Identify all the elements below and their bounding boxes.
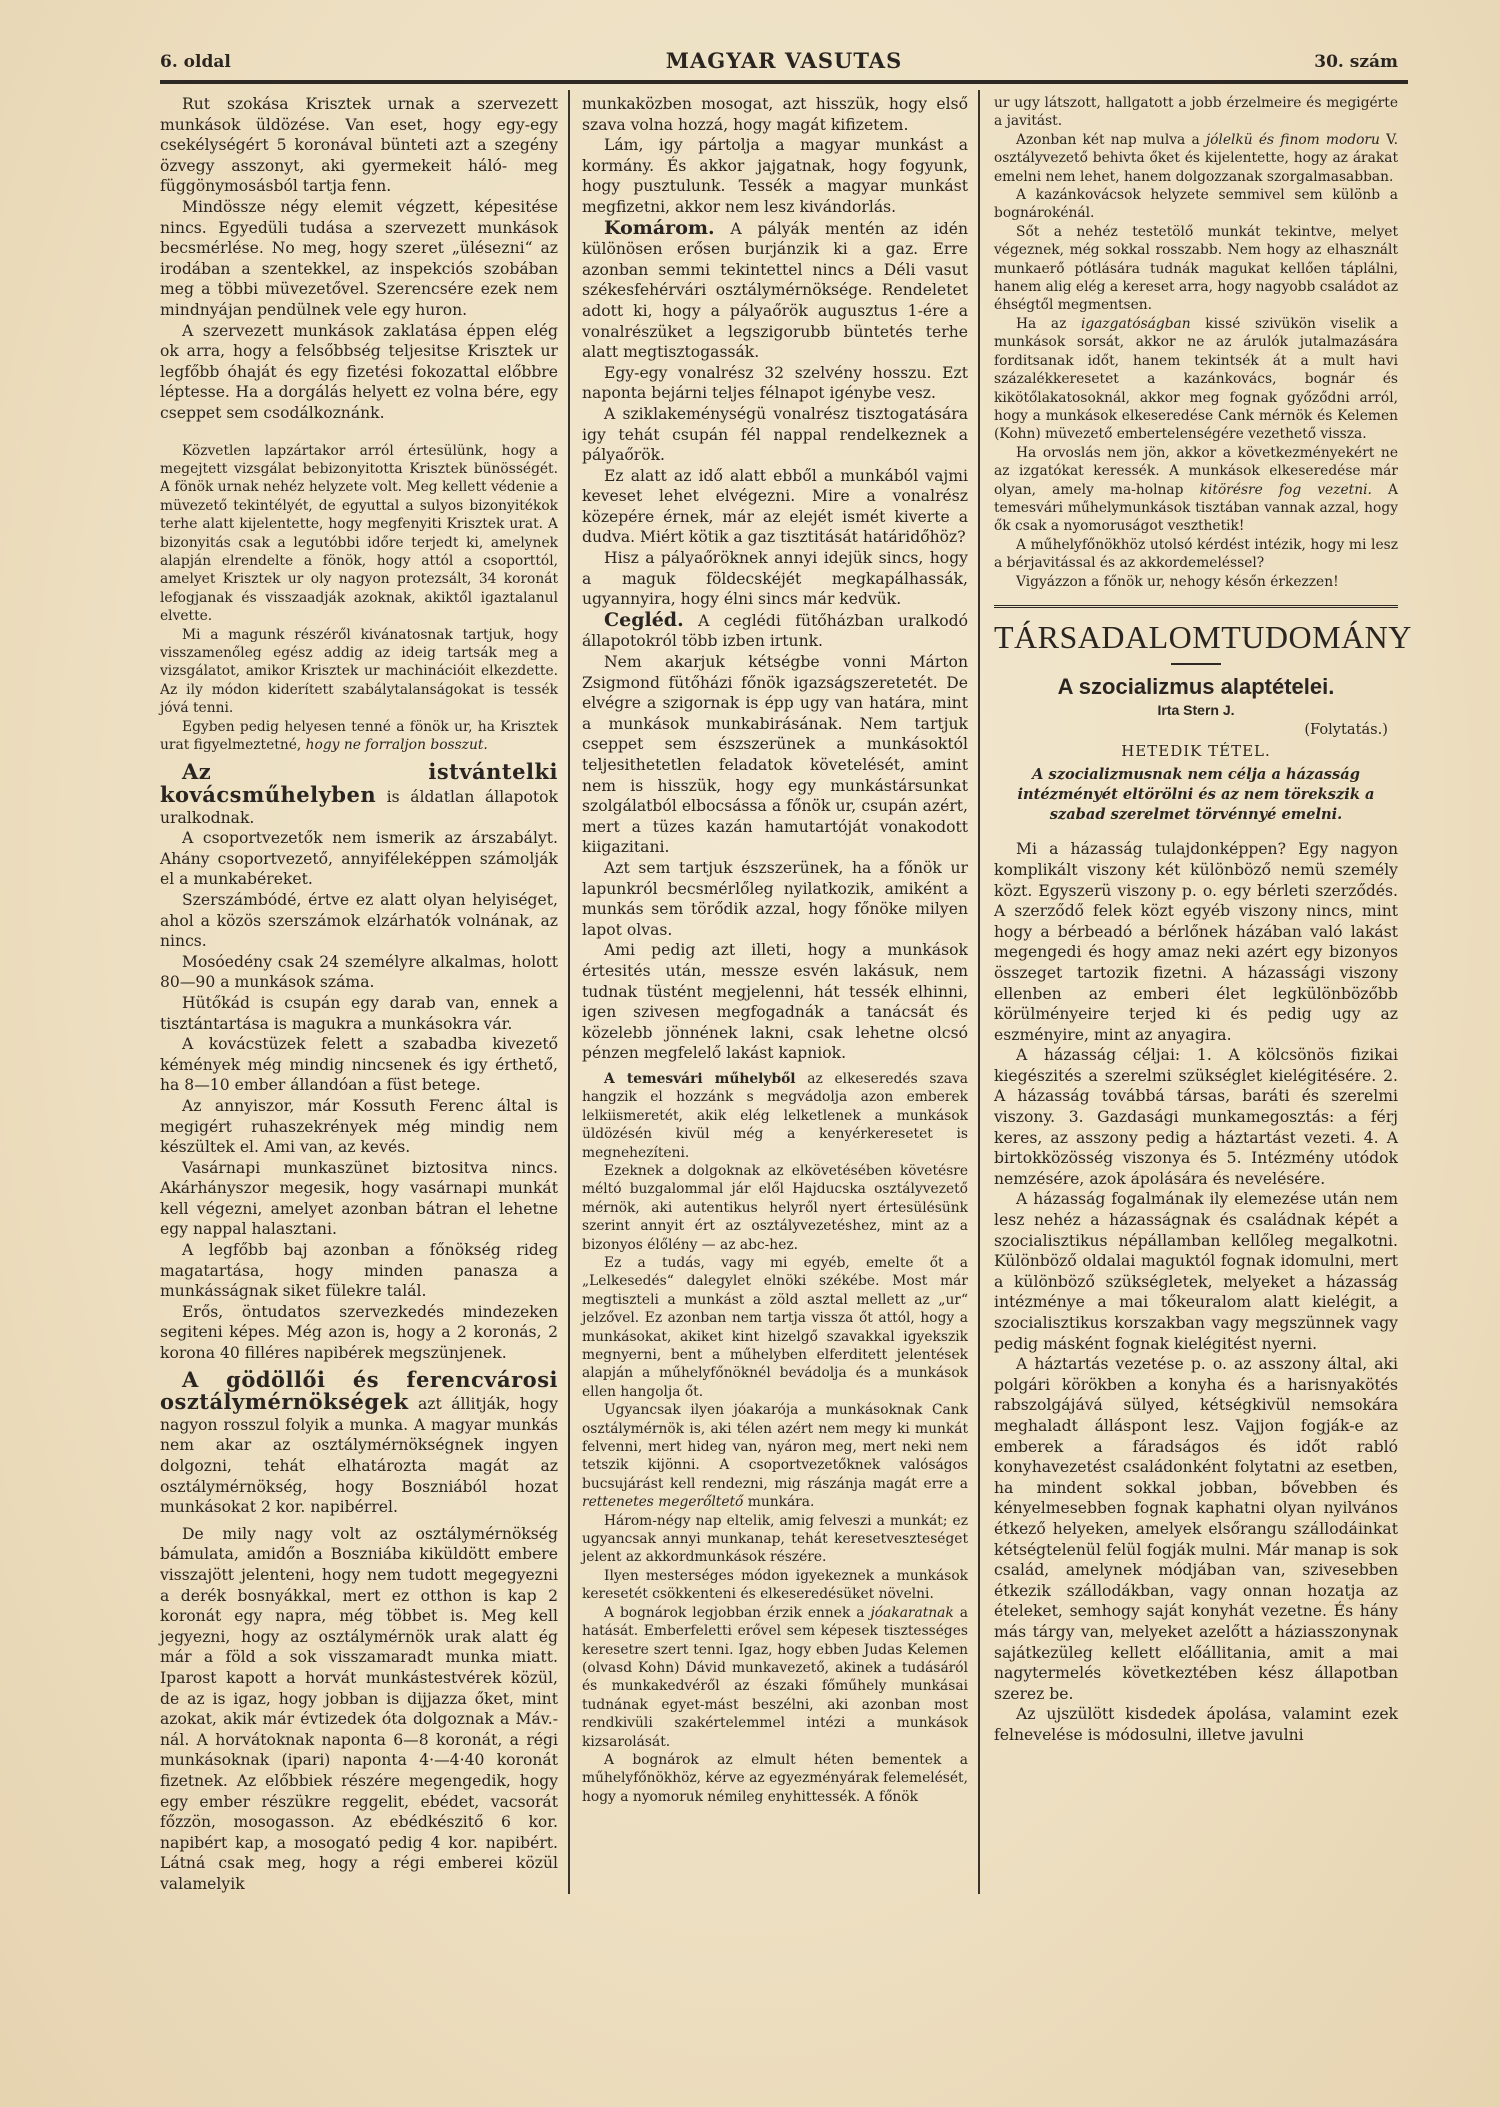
text-span: a hatását. Emberfeletti erővel sem képes… — [582, 1605, 968, 1750]
paragraph: Vigyázzon a főnök ur, nehogy későn érkez… — [994, 573, 1398, 591]
text-span: munkára. — [743, 1494, 814, 1510]
newspaper-page: 6. oldal MAGYAR VASUTAS 30. szám Rut szo… — [150, 40, 1418, 1894]
late-news-paragraph: Mi a magunk részéről kivánatosnak tartju… — [160, 626, 558, 718]
news-item: Komárom. A pályák mentén az idén különös… — [582, 218, 968, 363]
paragraph: Hisz a pályaőröknek annyi idejük sincs, … — [582, 548, 968, 610]
paragraph: munkaközben mosogat, azt hisszük, hogy e… — [582, 94, 968, 135]
paragraph: Ez alatt az idő alatt ebből a munkából v… — [582, 466, 968, 548]
late-news-paragraph: Közvetlen lapzártakor arról értesülünk, … — [160, 442, 558, 626]
paragraph: Lám, igy pártolja a magyar munkást a kor… — [582, 135, 968, 217]
italic-text: kitörésre fog vezetni. — [1200, 482, 1372, 498]
news-item: Cegléd. A ceglédi fütőházban uralkodó ál… — [582, 610, 968, 652]
paragraph: A szervezett munkások zaklatása éppen el… — [160, 321, 558, 424]
chapter-heading: HETEDIK TÉTEL. — [994, 741, 1398, 762]
italic-text: jóakaratnak — [871, 1605, 954, 1621]
text-span: Ha az — [1016, 316, 1081, 332]
text-span: Azonban két nap mulva a — [1016, 132, 1206, 148]
paragraph: A háztartás vezetése p. o. az asszony ál… — [994, 1354, 1398, 1704]
paragraph: Mi a házasság tulajdonképpen? Egy nagyon… — [994, 839, 1398, 1045]
paragraph: De mily nagy volt az osztálymérnökség bá… — [160, 1524, 558, 1895]
continuation-note: (Folytatás.) — [994, 720, 1398, 741]
paragraph: Ugyancsak ilyen jóakarója a munkásoknak … — [582, 1401, 968, 1511]
paragraph: ur ugy látszott, hallgatott a jobb érzel… — [994, 94, 1398, 131]
page-header: 6. oldal MAGYAR VASUTAS 30. szám — [150, 40, 1418, 80]
paragraph: Mosóedény csak 24 személyre alkalmas, ho… — [160, 952, 558, 993]
paragraph: Nem akarjuk kétségbe vonni Márton Zsigmo… — [582, 652, 968, 858]
text-span: kissé szivükön viselik a munkások sorsát… — [994, 316, 1398, 442]
paragraph: Hütőkád is csupán egy darab van, ennek a… — [160, 993, 558, 1034]
paragraph: A legfőbb baj azonban a főnökség rideg m… — [160, 1240, 558, 1302]
news-headline: A temesvári műhelyből — [604, 1071, 796, 1087]
paragraph: A kovácstüzek felett a szabadba kivezető… — [160, 1034, 558, 1096]
paragraph: Három-négy nap eltelik, amig felveszi a … — [582, 1512, 968, 1567]
article-title: A szocializmus alaptételei. — [994, 677, 1398, 698]
news-headline: Cegléd. — [604, 609, 684, 631]
issue-number: 30. szám — [1314, 52, 1398, 72]
paragraph: A sziklakeménységü vonalrész tisztogatás… — [582, 404, 968, 466]
paragraph: A műhelyfőnökhöz utolsó kérdést intézik,… — [994, 536, 1398, 573]
italic-text: rettenetes megerőltető — [582, 1494, 743, 1510]
paragraph: A házasság fogalmának ily elemezése után… — [994, 1189, 1398, 1354]
text-span: Ugyancsak ilyen jóakarója a munkásoknak … — [582, 1402, 968, 1492]
news-item: Az istvántelki kovácsműhelyben is áldatl… — [160, 762, 558, 828]
italic-text: igazgatóságban — [1081, 316, 1191, 332]
column-middle: munkaközben mosogat, azt hisszük, hogy e… — [570, 90, 980, 1894]
paragraph: Ezeknek a dolgoknak az elkövetésében köv… — [582, 1162, 968, 1254]
italic-text: jólelkü és finom modoru — [1206, 132, 1380, 148]
paragraph: Vasárnapi munkaszünet biztositva nincs. … — [160, 1158, 558, 1240]
paragraph: Egy-egy vonalrész 32 szelvény hosszu. Ez… — [582, 363, 968, 404]
paragraph: Ha orvoslás nem jön, akkor a következmén… — [994, 444, 1398, 536]
column-left: Rut szokása Krisztek urnak a szervezett … — [150, 90, 570, 1894]
title-rule — [1171, 663, 1221, 665]
paragraph: A csoportvezetők nem ismerik az árszabál… — [160, 828, 558, 890]
spacer — [160, 424, 558, 442]
column-right: ur ugy látszott, hallgatott a jobb érzel… — [980, 90, 1418, 1894]
news-item: A gödöllői és ferencvárosi osztálymérnök… — [160, 1370, 558, 1518]
news-item: A temesvári műhelyből az elkeseredés sza… — [582, 1070, 968, 1162]
masthead-title: MAGYAR VASUTAS — [150, 48, 1418, 73]
paragraph: Szerszámbódé, értve ez alatt olyan helyi… — [160, 890, 558, 952]
paragraph: Azonban két nap mulva a jólelkü és finom… — [994, 131, 1398, 186]
news-headline: Komárom. — [604, 217, 715, 239]
paragraph: Erős, öntudatos szervezkedés mindezeken … — [160, 1302, 558, 1364]
paragraph: Azt sem tartjuk észszerünek, ha a főnök … — [582, 858, 968, 940]
thesis-statement: A szocializmusnak nem célja a házasság i… — [994, 765, 1398, 825]
paragraph: Rut szokása Krisztek urnak a szervezett … — [160, 94, 558, 197]
italic-text: hogy ne forraljon bosszut. — [306, 737, 488, 753]
paragraph: Az annyiszor, már Kossuth Ferenc által i… — [160, 1096, 558, 1158]
late-news-paragraph: Egyben pedig helyesen tenné a fönök ur, … — [160, 718, 558, 755]
paragraph: A házasság céljai: 1. A kölcsönös fizika… — [994, 1045, 1398, 1189]
section-title: TÁRSADALOMTUDOMÁNY — [994, 617, 1398, 657]
byline: Irta Stern J. — [994, 700, 1398, 721]
paragraph: Ha az igazgatóságban kissé szivükön vise… — [994, 315, 1398, 444]
columns: Rut szokása Krisztek urnak a szervezett … — [150, 90, 1418, 1894]
paragraph: A bognárok az elmult héten bementek a mű… — [582, 1751, 968, 1806]
paragraph: Sőt a nehéz testetölő munkát tekintve, m… — [994, 223, 1398, 315]
text-span: A bognárok legjobban érzik ennek a — [604, 1605, 871, 1621]
paragraph: Ami pedig azt illeti, hogy a munkások ér… — [582, 940, 968, 1064]
text-span: A pályák mentén az idén különösen erősen… — [582, 220, 968, 362]
paragraph: Az ujszülött kisdedek ápolása, valamint … — [994, 1704, 1398, 1745]
header-rule — [160, 80, 1408, 84]
paragraph: Ez a tudás, vagy mi egyéb, emelte őt a „… — [582, 1254, 968, 1401]
paragraph: A bognárok legjobban érzik ennek a jóaka… — [582, 1604, 968, 1751]
paragraph: Ilyen mesterséges módon igyekeznek a mun… — [582, 1567, 968, 1604]
paragraph: A kazánkovácsok helyzete semmivel sem kü… — [994, 186, 1398, 223]
section-divider — [994, 605, 1398, 611]
paragraph: Mindössze négy elemit végzett, képesités… — [160, 197, 558, 321]
